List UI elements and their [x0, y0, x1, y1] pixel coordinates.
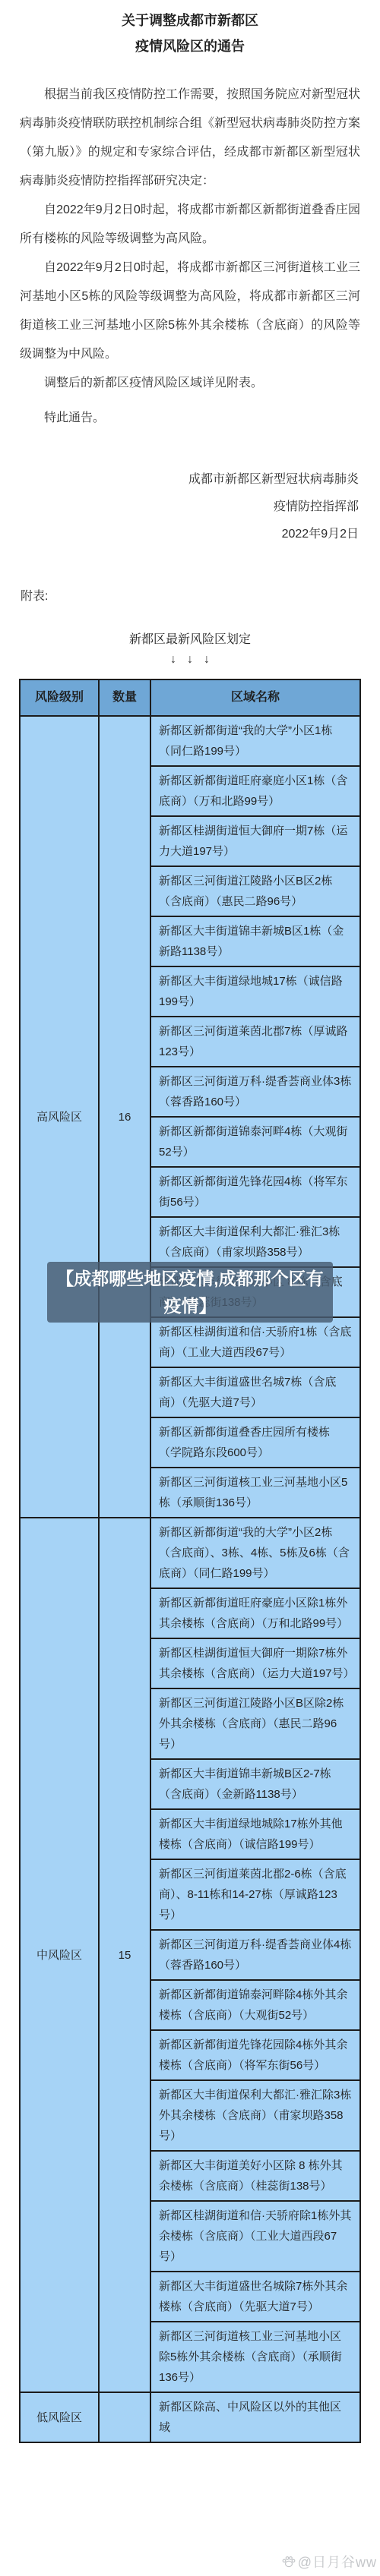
table-header-row: 风险级别 数量 区域名称	[20, 679, 360, 716]
area-name-cell: 新都区新都街道旺府豪庭小区1栋（含底商）（万和北路99号）	[150, 766, 360, 816]
table-row: 高风险区16新都区新都街道“我的大学”小区1栋（同仁路199号）	[20, 716, 360, 766]
page-title-line-2: 疫情风险区的通告	[0, 33, 380, 59]
area-name-cell: 新都区大丰街道保利大都汇·雅汇除3栋外其余楼栋（含底商）（甫家坝路358号）	[150, 2080, 360, 2151]
corner-watermark: @日月谷ww	[281, 2552, 377, 2571]
risk-table-title: 新都区最新风险区划定	[0, 629, 380, 647]
paragraph: 自2022年9月2日0时起，将成都市新都区新都街道叠香庄园所有楼栋的风险等级调整…	[20, 196, 360, 254]
notice-body: 根据当前我区疫情防控工作需要，按照国务院应对新型冠状病毒肺炎疫情联防联控机制综合…	[0, 80, 380, 433]
area-name-cell: 新都区三河街道核工业三河基地小区5栋（承顺街136号）	[150, 1468, 360, 1518]
area-name-cell: 新都区新都街道先锋花园除4栋外其余楼栋（含底商）（将军东街56号）	[150, 2030, 360, 2080]
count-cell: 16	[99, 716, 150, 1518]
area-name-cell: 新都区三河街道江陵路小区B区2栋（含底商）（惠民二路96号）	[150, 866, 360, 916]
page-title-line-1: 关于调整成都市新都区	[0, 8, 380, 33]
attachment-label: 附表:	[0, 586, 380, 604]
area-name-cell: 新都区大丰街道保利大都汇·雅汇3栋（含底商）（甫家坝路358号）	[150, 1217, 360, 1267]
area-name-cell: 新都区新都街道“我的大学”小区2栋（含底商）、3栋、4栋、5栋及6栋（含底商）（…	[150, 1518, 360, 1588]
table-row: 低风险区新都区除高、中风险区以外的其他区域	[20, 2392, 360, 2442]
notice-page: 关于调整成都市新都区 疫情风险区的通告 根据当前我区疫情防控工作需要，按照国务院…	[0, 0, 380, 2576]
area-name-cell: 新都区三河街道万科·缇香荟商业体3栋（蓉香路160号）	[150, 1067, 360, 1117]
corner-watermark-text: @日月谷ww	[298, 2552, 377, 2571]
area-name-cell: 新都区桂湖街道和信·天骄府1栋（含底商）（工业大道西段67号）	[150, 1317, 360, 1367]
area-name-cell: 新都区新都街道旺府豪庭小区除1栋外其余楼栋（含底商）（万和北路99号）	[150, 1588, 360, 1638]
paragraph: 调整后的新都区疫情风险区域详见附表。	[20, 369, 360, 398]
risk-level-cell: 低风险区	[20, 2392, 99, 2442]
risk-table-body: 高风险区16新都区新都街道“我的大学”小区1栋（同仁路199号）新都区新都街道旺…	[20, 716, 360, 2442]
area-name-cell: 新都区三河街道莱茵北郡7栋（厚诚路123号）	[150, 1017, 360, 1067]
header-count: 数量	[99, 679, 150, 716]
count-cell	[99, 2392, 150, 2442]
signature-block: 成都市新都区新型冠状病毒肺炎 疫情防控指挥部 2022年9月2日	[0, 466, 380, 548]
area-name-cell: 新都区新都街道锦泰河畔4栋（大观街52号）	[150, 1117, 360, 1167]
area-name-cell: 新都区三河街道核工业三河基地小区除5栋外其余楼栋（含底商）（承顺街136号）	[150, 2322, 360, 2392]
risk-level-cell: 中风险区	[20, 1518, 99, 2392]
risk-table: 风险级别 数量 区域名称 高风险区16新都区新都街道“我的大学”小区1栋（同仁路…	[19, 679, 361, 2443]
area-name-cell: 新都区除高、中风险区以外的其他区域	[150, 2392, 360, 2442]
area-name-cell: 新都区桂湖街道和信·天骄府除1栋外其余楼栋（含底商）（工业大道西段67号）	[150, 2201, 360, 2272]
header-risk-level: 风险级别	[20, 679, 99, 716]
down-arrows-icon: ↓↓↓	[0, 653, 380, 667]
header-area-name: 区域名称	[150, 679, 360, 716]
area-name-cell: 新都区三河街道江陵路小区B区除2栋外其余楼栋（含底商）（惠民二路96号）	[150, 1688, 360, 1759]
area-name-cell: 新都区大丰街道盛世名城7栋（含底商）（先驱大道7号）	[150, 1367, 360, 1417]
overlay-watermark: 【成都哪些地区疫情,成都那个区有疫情】	[47, 1262, 333, 1323]
area-name-cell: 新都区三河街道万科·缇香荟商业体4栋（蓉香路160号）	[150, 1930, 360, 1980]
risk-level-cell: 高风险区	[20, 716, 99, 1518]
area-name-cell: 新都区大丰街道绿地城除17栋外其他楼栋（含底商）（诚信路199号）	[150, 1809, 360, 1859]
page-title: 关于调整成都市新都区 疫情风险区的通告	[0, 0, 380, 59]
area-name-cell: 新都区桂湖街道恒大御府一期除7栋外其余楼栋（含底商）（运力大道197号）	[150, 1638, 360, 1688]
area-name-cell: 新都区新都街道先锋花园4栋（将军东街56号）	[150, 1167, 360, 1217]
area-name-cell: 新都区新都街道锦泰河畔除4栋外其余楼栋（含底商）（大观街52号）	[150, 1980, 360, 2030]
area-name-cell: 新都区大丰街道盛世名城除7栋外其余楼栋（含底商）（先驱大道7号）	[150, 2272, 360, 2322]
area-name-cell: 新都区桂湖街道恒大御府一期7栋（运力大道197号）	[150, 816, 360, 866]
paragraph: 自2022年9月2日0时起，将成都市新都区三河街道核工业三河基地小区5栋的风险等…	[20, 254, 360, 369]
area-name-cell: 新都区新都街道“我的大学”小区1栋（同仁路199号）	[150, 716, 360, 766]
area-name-cell: 新都区三河街道莱茵北郡2-6栋（含底商）、8-11栋和14-27栋（厚诚路123…	[150, 1859, 360, 1930]
signature-line-2: 疫情防控指挥部	[0, 493, 359, 521]
signature-line-1: 成都市新都区新型冠状病毒肺炎	[0, 466, 359, 493]
area-name-cell: 新都区大丰街道锦丰新城B区2-7栋（含底商）（金新路1138号）	[150, 1759, 360, 1809]
area-name-cell: 新都区大丰街道锦丰新城B区1栋（金新路1138号）	[150, 916, 360, 966]
area-name-cell: 新都区大丰街道美好小区除 8 栋外其余楼栋（含底商）（桂蕊街138号）	[150, 2151, 360, 2201]
paragraph: 特此通告。	[20, 404, 360, 433]
signature-date: 2022年9月2日	[0, 521, 359, 548]
table-row: 中风险区15新都区新都街道“我的大学”小区2栋（含底商）、3栋、4栋、5栋及6栋…	[20, 1518, 360, 1588]
count-cell: 15	[99, 1518, 150, 2392]
area-name-cell: 新都区大丰街道绿地城17栋（诚信路199号）	[150, 966, 360, 1017]
paragraph: 根据当前我区疫情防控工作需要，按照国务院应对新型冠状病毒肺炎疫情联防联控机制综合…	[20, 80, 360, 196]
paw-icon	[281, 2554, 296, 2569]
area-name-cell: 新都区新都街道叠香庄园所有楼栋（学院路东段600号）	[150, 1417, 360, 1468]
